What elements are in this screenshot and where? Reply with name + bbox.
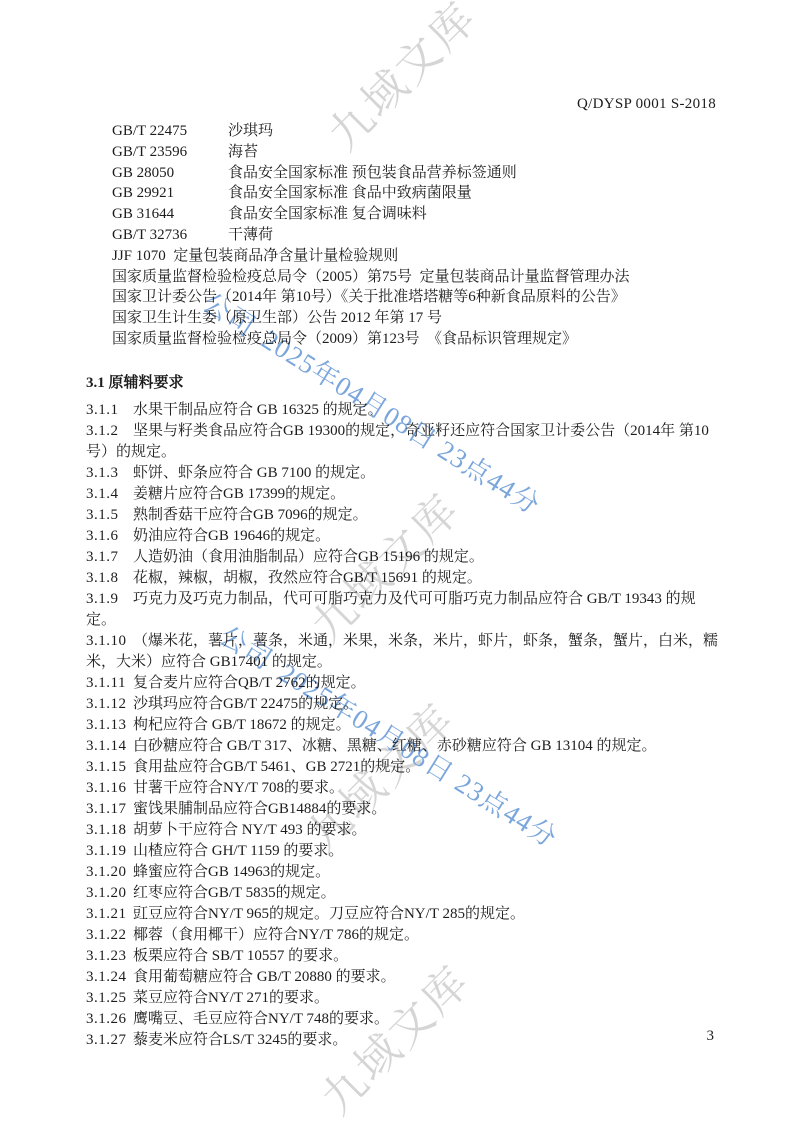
reference-line: 国家卫计委公告（2014年 第10号）《关于批准塔塔糖等6种新食品原料的公告》 — [112, 287, 718, 308]
list-item: 3.1.6奶油应符合GB 19646的规定。 — [86, 526, 718, 547]
reference-line: JJF 1070 定量包装商品净含量计量检验规则 — [112, 246, 718, 267]
item-number: 3.1.27 — [86, 1030, 133, 1051]
reference-code: GB 31644 — [112, 204, 228, 225]
item-text: 食用盐应符合GB/T 5461、GB 2721的规定。 — [133, 759, 420, 775]
item-text: 藜麦米应符合LS/T 3245的要求。 — [133, 1032, 347, 1048]
list-item: 3.1.22椰蓉（食用椰干）应符合NY/T 786的规定。 — [86, 925, 718, 946]
list-item: 3.1.25菜豆应符合NY/T 271的要求。 — [86, 988, 718, 1009]
list-item: 3.1.23板栗应符合 SB/T 10557 的要求。 — [86, 946, 718, 967]
item-text: 胡萝卜干应符合 NY/T 493 的要求。 — [133, 822, 366, 838]
reference-title: 食品安全国家标准 食品中致病菌限量 — [228, 183, 718, 204]
item-number: 3.1.8 — [86, 568, 133, 589]
reference-code: GB/T 32736 — [112, 225, 228, 246]
list-item: 3.1.20红枣应符合GB/T 5835的规定。 — [86, 883, 718, 904]
document-page: 九域文库 九域文库 九域文库 九域文库 公司2025年04月08日 23点44分… — [0, 0, 793, 1122]
list-item: 3.1.11复合麦片应符合QB/T 2762的规定。 — [86, 673, 718, 694]
list-item: 3.1.20蜂蜜应符合GB 14963的规定。 — [86, 862, 718, 883]
reference-title: 食品安全国家标准 预包装食品营养标签通则 — [228, 163, 718, 184]
item-text: 坚果与籽类食品应符合GB 19300的规定，奇亚籽还应符合国家卫计委公告（201… — [86, 423, 709, 460]
item-number: 3.1.9 — [86, 589, 133, 610]
reference-row: GB 29921 食品安全国家标准 食品中致病菌限量 — [112, 183, 718, 204]
doc-number: Q/DYSP 0001 S-2018 — [577, 96, 716, 113]
item-text: 熟制香菇干应符合GB 7096的规定。 — [133, 507, 368, 523]
list-item: 3.1.10（爆米花，薯片，薯条，米通，米果，米条，米片，虾片，虾条，蟹条，蟹片… — [86, 631, 718, 673]
list-item: 3.1.13枸杞应符合 GB/T 18672 的规定。 — [86, 715, 718, 736]
item-text: 食用葡萄糖应符合 GB/T 20880 的要求。 — [133, 969, 396, 985]
item-text: 虾饼、虾条应符合 GB 7100 的规定。 — [133, 465, 375, 481]
reference-row: GB 31644 食品安全国家标准 复合调味料 — [112, 204, 718, 225]
list-item: 3.1.2坚果与籽类食品应符合GB 19300的规定，奇亚籽还应符合国家卫计委公… — [86, 421, 718, 463]
reference-title: 沙琪玛 — [228, 121, 718, 142]
item-text: 甘薯干应符合NY/T 708的要求。 — [133, 780, 344, 796]
item-text: 姜糖片应符合GB 17399的规定。 — [133, 486, 345, 502]
list-item: 3.1.3虾饼、虾条应符合 GB 7100 的规定。 — [86, 463, 718, 484]
item-number: 3.1.17 — [86, 799, 133, 820]
item-number: 3.1.1 — [86, 400, 133, 421]
list-item: 3.1.8花椒，辣椒，胡椒，孜然应符合GB/T 15691 的规定。 — [86, 568, 718, 589]
item-number: 3.1.14 — [86, 736, 133, 757]
item-number: 3.1.6 — [86, 526, 133, 547]
item-number: 3.1.2 — [86, 421, 133, 442]
reference-title: 食品安全国家标准 复合调味料 — [228, 204, 718, 225]
list-item: 3.1.26鹰嘴豆、毛豆应符合NY/T 748的要求。 — [86, 1009, 718, 1030]
list-item: 3.1.19山楂应符合 GH/T 1159 的要求。 — [86, 841, 718, 862]
item-text: 枸杞应符合 GB/T 18672 的规定。 — [133, 717, 351, 733]
item-text: 水果干制品应符合 GB 16325 的规定。 — [133, 402, 383, 418]
list-item: 3.1.24食用葡萄糖应符合 GB/T 20880 的要求。 — [86, 967, 718, 988]
page-number: 3 — [707, 1028, 715, 1045]
item-text: 人造奶油（食用油脂制品）应符合GB 15196 的规定。 — [133, 549, 484, 565]
item-number: 3.1.11 — [86, 673, 133, 694]
list-item: 3.1.18胡萝卜干应符合 NY/T 493 的要求。 — [86, 820, 718, 841]
item-number: 3.1.19 — [86, 841, 133, 862]
document-body: GB/T 22475 沙琪玛 GB/T 23596 海苔 GB 28050 食品… — [86, 121, 718, 1051]
reference-title: 干薄荷 — [228, 225, 718, 246]
item-text: 山楂应符合 GH/T 1159 的要求。 — [133, 843, 343, 859]
normative-references: GB/T 22475 沙琪玛 GB/T 23596 海苔 GB 28050 食品… — [112, 121, 718, 350]
item-text: 奶油应符合GB 19646的规定。 — [133, 528, 330, 544]
item-text: 菜豆应符合NY/T 271的要求。 — [133, 990, 329, 1006]
requirements-list: 3.1.1水果干制品应符合 GB 16325 的规定。 3.1.2坚果与籽类食品… — [86, 400, 718, 1051]
item-text: 红枣应符合GB/T 5835的规定。 — [133, 885, 336, 901]
item-text: 板栗应符合 SB/T 10557 的要求。 — [133, 948, 348, 964]
item-number: 3.1.20 — [86, 883, 133, 904]
item-number: 3.1.21 — [86, 904, 133, 925]
list-item: 3.1.17蜜饯果脯制品应符合GB14884的要求。 — [86, 799, 718, 820]
item-number: 3.1.10 — [86, 631, 133, 652]
list-item: 3.1.12沙琪玛应符合GB/T 22475的规定。 — [86, 694, 718, 715]
item-text: 豇豆应符合NY/T 965的规定。刀豆应符合NY/T 285的规定。 — [133, 906, 525, 922]
item-number: 3.1.4 — [86, 484, 133, 505]
reference-row: GB/T 32736 干薄荷 — [112, 225, 718, 246]
reference-row: GB/T 22475 沙琪玛 — [112, 121, 718, 142]
item-number: 3.1.18 — [86, 820, 133, 841]
item-number: 3.1.20 — [86, 862, 133, 883]
list-item: 3.1.7人造奶油（食用油脂制品）应符合GB 15196 的规定。 — [86, 547, 718, 568]
list-item: 3.1.27藜麦米应符合LS/T 3245的要求。 — [86, 1030, 718, 1051]
item-number: 3.1.26 — [86, 1009, 133, 1030]
item-text: 花椒，辣椒，胡椒，孜然应符合GB/T 15691 的规定。 — [133, 570, 482, 586]
item-text: 椰蓉（食用椰干）应符合NY/T 786的规定。 — [133, 927, 419, 943]
reference-row: GB 28050 食品安全国家标准 预包装食品营养标签通则 — [112, 163, 718, 184]
item-number: 3.1.5 — [86, 505, 133, 526]
item-number: 3.1.25 — [86, 988, 133, 1009]
item-text: 沙琪玛应符合GB/T 22475的规定。 — [133, 696, 358, 712]
reference-line: 国家质量监督检验检疫总局令（2009）第123号 《食品标识管理规定》 — [112, 329, 718, 350]
list-item: 3.1.9巧克力及巧克力制品，代可可脂巧克力及代可可脂巧克力制品应符合 GB/T… — [86, 589, 718, 631]
reference-code: GB 28050 — [112, 163, 228, 184]
list-item: 3.1.15食用盐应符合GB/T 5461、GB 2721的规定。 — [86, 757, 718, 778]
reference-row: GB/T 23596 海苔 — [112, 142, 718, 163]
section-heading: 3.1 原辅料要求 — [86, 373, 718, 394]
reference-title: 海苔 — [228, 142, 718, 163]
item-text: 蜜饯果脯制品应符合GB14884的要求。 — [133, 801, 386, 817]
reference-code: GB/T 23596 — [112, 142, 228, 163]
item-number: 3.1.3 — [86, 463, 133, 484]
item-text: 蜂蜜应符合GB 14963的规定。 — [133, 864, 330, 880]
item-text: 白砂糖应符合 GB/T 317、冰糖、黑糖、红糖、赤砂糖应符合 GB 13104… — [133, 738, 657, 754]
list-item: 3.1.5熟制香菇干应符合GB 7096的规定。 — [86, 505, 718, 526]
item-text: （爆米花，薯片，薯条，米通，米果，米条，米片，虾片，虾条，蟹条，蟹片，白米，糯米… — [86, 633, 718, 670]
list-item: 3.1.21豇豆应符合NY/T 965的规定。刀豆应符合NY/T 285的规定。 — [86, 904, 718, 925]
list-item: 3.1.16甘薯干应符合NY/T 708的要求。 — [86, 778, 718, 799]
reference-line: 国家质量监督检验检疫总局令（2005）第75号 定量包装商品计量监督管理办法 — [112, 267, 718, 288]
item-number: 3.1.15 — [86, 757, 133, 778]
list-item: 3.1.4姜糖片应符合GB 17399的规定。 — [86, 484, 718, 505]
reference-line: 国家卫生计生委（原卫生部）公告 2012 年第 17 号 — [112, 308, 718, 329]
list-item: 3.1.1水果干制品应符合 GB 16325 的规定。 — [86, 400, 718, 421]
item-number: 3.1.22 — [86, 925, 133, 946]
item-text: 鹰嘴豆、毛豆应符合NY/T 748的要求。 — [133, 1011, 389, 1027]
item-number: 3.1.13 — [86, 715, 133, 736]
reference-code: GB 29921 — [112, 183, 228, 204]
item-number: 3.1.23 — [86, 946, 133, 967]
item-text: 巧克力及巧克力制品，代可可脂巧克力及代可可脂巧克力制品应符合 GB/T 1934… — [86, 591, 696, 628]
list-item: 3.1.14白砂糖应符合 GB/T 317、冰糖、黑糖、红糖、赤砂糖应符合 GB… — [86, 736, 718, 757]
item-number: 3.1.7 — [86, 547, 133, 568]
item-number: 3.1.16 — [86, 778, 133, 799]
item-number: 3.1.24 — [86, 967, 133, 988]
item-text: 复合麦片应符合QB/T 2762的规定。 — [133, 675, 366, 691]
item-number: 3.1.12 — [86, 694, 133, 715]
reference-code: GB/T 22475 — [112, 121, 228, 142]
